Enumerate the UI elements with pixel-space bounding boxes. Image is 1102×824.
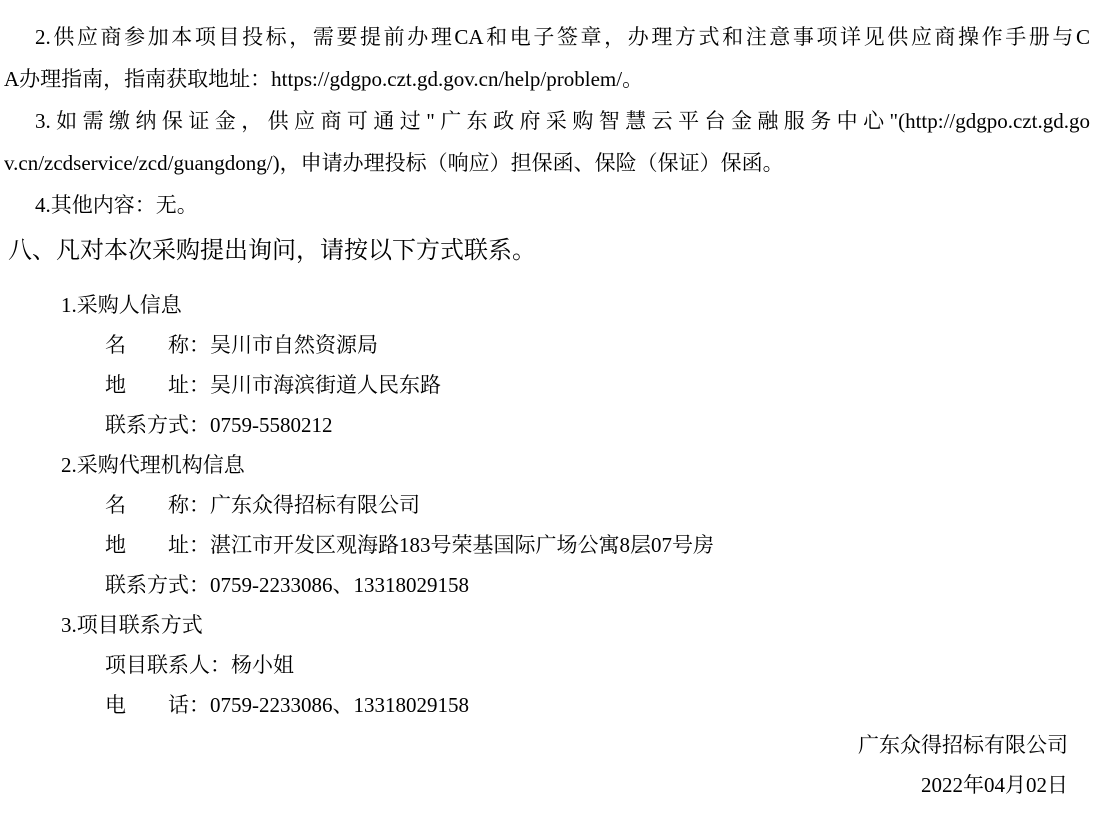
row-value: 杨小姐 (231, 653, 294, 677)
row-label: 项目联系人： (105, 653, 231, 677)
contact-row-agency-phone: 联系方式：0759-2233086、13318029158 (105, 565, 1102, 605)
row-label: 名 称： (105, 493, 210, 517)
group-title-agency: 2.采购代理机构信息 (61, 445, 1102, 485)
group-project-contact: 3.项目联系方式 项目联系人：杨小姐 电 话：0759-2233086、1331… (0, 605, 1102, 725)
row-label: 联系方式： (105, 413, 210, 437)
group-title-purchaser: 1.采购人信息 (61, 285, 1102, 325)
row-label: 联系方式： (105, 573, 210, 597)
contact-row-agency-address: 地 址：湛江市开发区观海路183号荣基国际广场公寓8层07号房 (105, 525, 1102, 565)
row-value: 广东众得招标有限公司 (210, 493, 420, 517)
contact-row-purchaser-name: 名 称：吴川市自然资源局 (105, 325, 1102, 365)
row-label: 电 话： (105, 693, 210, 717)
signature-date: 2022年04月02日 (0, 765, 1068, 805)
contact-row-purchaser-address: 地 址：吴川市海滨街道人民东路 (105, 365, 1102, 405)
row-label: 地 址： (105, 533, 210, 557)
row-value: 湛江市开发区观海路183号荣基国际广场公寓8层07号房 (210, 533, 714, 557)
document-page: 2.供应商参加本项目投标，需要提前办理CA和电子签章，办理方式和注意事项详见供应… (0, 0, 1102, 824)
section-heading: 八、凡对本次采购提出询问，请按以下方式联系。 (8, 226, 1102, 276)
contact-row-project-person: 项目联系人：杨小姐 (105, 645, 1102, 685)
row-label: 名 称： (105, 333, 210, 357)
row-value: 吴川市自然资源局 (210, 333, 378, 357)
row-value: 0759-2233086、13318029158 (210, 573, 469, 597)
paragraph-line-other: 4.其他内容：无。 (4, 184, 1090, 226)
contact-row-project-phone: 电 话：0759-2233086、13318029158 (105, 685, 1102, 725)
row-label: 地 址： (105, 373, 210, 397)
row-value: 0759-5580212 (210, 413, 333, 437)
row-value: 0759-2233086、13318029158 (210, 693, 469, 717)
paragraph-line-ca-wrap: A办理指南，指南获取地址：https://gdgpo.czt.gd.gov.cn… (4, 58, 1090, 100)
signature-company: 广东众得招标有限公司 (0, 725, 1068, 765)
row-value: 吴川市海滨街道人民东路 (210, 373, 441, 397)
paragraph-line-guarantee: 3.如需缴纳保证金，供应商可通过"广东政府采购智慧云平台金融服务中心"(http… (4, 100, 1090, 142)
signature-block: 广东众得招标有限公司 2022年04月02日 (0, 725, 1102, 805)
contact-row-agency-name: 名 称：广东众得招标有限公司 (105, 485, 1102, 525)
group-purchaser-info: 1.采购人信息 名 称：吴川市自然资源局 地 址：吴川市海滨街道人民东路 联系方… (0, 285, 1102, 445)
group-title-project-contact: 3.项目联系方式 (61, 605, 1102, 645)
contact-row-purchaser-phone: 联系方式：0759-5580212 (105, 405, 1102, 445)
paragraph-line-guarantee-wrap: v.cn/zcdservice/zcd/guangdong/)，申请办理投标（响… (4, 142, 1090, 184)
group-agency-info: 2.采购代理机构信息 名 称：广东众得招标有限公司 地 址：湛江市开发区观海路1… (0, 445, 1102, 605)
paragraph-line-ca: 2.供应商参加本项目投标，需要提前办理CA和电子签章，办理方式和注意事项详见供应… (4, 16, 1090, 58)
intro-paragraphs: 2.供应商参加本项目投标，需要提前办理CA和电子签章，办理方式和注意事项详见供应… (4, 0, 1090, 226)
